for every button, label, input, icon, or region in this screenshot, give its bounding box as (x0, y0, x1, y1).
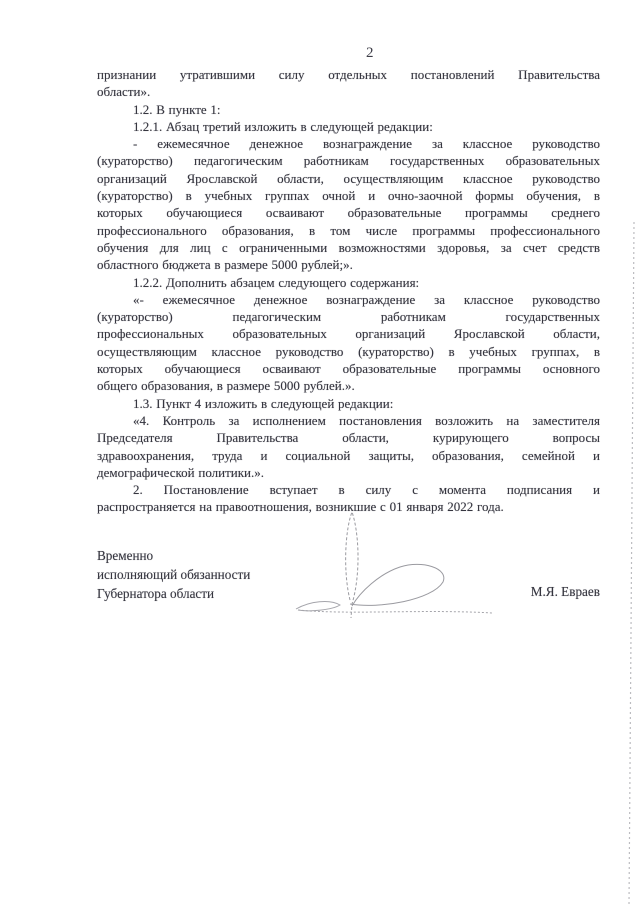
doc-line: общего образования, в размере 5000 рубле… (97, 377, 600, 394)
doc-line: 1.2.2. Дополнить абзацем следующего соде… (97, 274, 600, 291)
doc-line: которых обучающиеся осваивают образовате… (97, 204, 600, 221)
doc-line: признании утратившими силу отдельных пос… (97, 66, 600, 83)
position-line: Губернатора области (97, 584, 250, 603)
doc-line: демографической политики.». (97, 464, 600, 481)
handwritten-signature (280, 500, 510, 630)
doc-line: - ежемесячное денежное вознаграждение за… (97, 135, 600, 152)
doc-line: 1.3. Пункт 4 изложить в следующей редакц… (97, 395, 600, 412)
doc-line: области». (97, 83, 600, 100)
doc-line: которых обучающиеся осваивают образовате… (97, 360, 600, 377)
doc-line: областного бюджета в размере 5000 рублей… (97, 256, 600, 273)
position-line: исполняющий обязанности (97, 565, 250, 584)
page-number: 2 (366, 45, 374, 62)
doc-line: «- ежемесячное денежное вознаграждение з… (97, 291, 600, 308)
doc-line: 2. Постановление вступает в силу с момен… (97, 481, 600, 498)
doc-line: здравоохранения, труда и социальной защи… (97, 447, 600, 464)
doc-line: осуществляющим классное руководство (кур… (97, 343, 600, 360)
doc-line: 1.2. В пункте 1: (97, 101, 600, 118)
doc-line: «4. Контроль за исполнением постановлени… (97, 412, 600, 429)
position-line: Временно (97, 546, 250, 565)
doc-line: профессиональных образовательных организ… (97, 325, 600, 342)
doc-line: обучения для лиц с ограниченными возможн… (97, 239, 600, 256)
doc-line: (кураторство) педагогическим работникам … (97, 308, 600, 325)
doc-line: профессионального образования, в том чис… (97, 222, 600, 239)
doc-line: (кураторство) в учебных группах очной и … (97, 187, 600, 204)
document-page: 2 признании утратившими силу отдельных п… (0, 0, 640, 905)
doc-line: 1.2.1. Абзац третий изложить в следующей… (97, 118, 600, 135)
doc-line: организаций Ярославской области, осущест… (97, 170, 600, 187)
doc-line: Председателя Правительства области, кури… (97, 429, 600, 446)
signature-position-block: Временно исполняющий обязанности Губерна… (97, 546, 250, 604)
document-body: признании утратившими силу отдельных пос… (97, 66, 600, 516)
doc-line: (кураторство) педагогическим работникам … (97, 152, 600, 169)
scan-artifact-dotted-line (620, 210, 640, 905)
